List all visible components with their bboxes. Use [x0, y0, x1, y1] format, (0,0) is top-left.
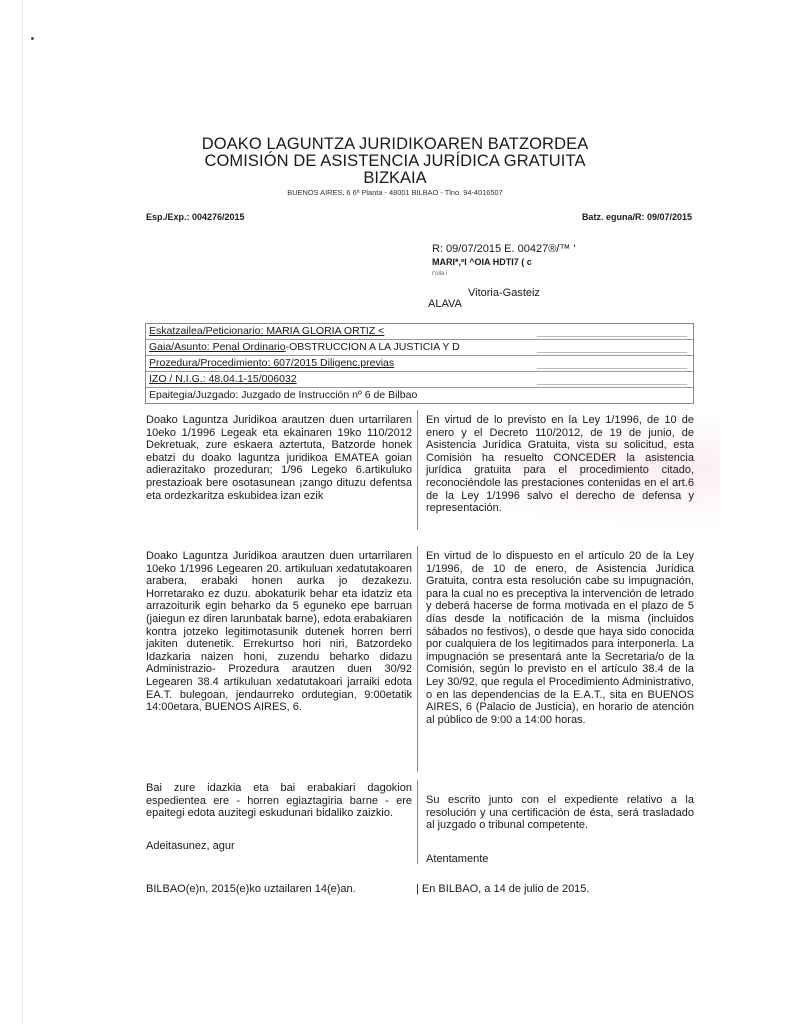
paragraph-2-basque: Doako Laguntza Juridikoa arautzen duen u…	[146, 550, 412, 714]
paragraph-3-spanish: Su escrito junto con el expediente relat…	[426, 794, 694, 832]
paragraph-1-basque: Doako Laguntza Juridikoa arautzen duen u…	[146, 414, 412, 502]
closing-spanish: Atentamente	[426, 853, 488, 865]
fill-line	[537, 336, 687, 337]
paragraph-1-spanish: En virtud de lo previsto en la Ley 1/199…	[426, 414, 694, 515]
column-divider	[417, 410, 418, 530]
region-title: BIZKAIA	[0, 169, 790, 188]
fill-line	[537, 352, 687, 353]
fill-line	[537, 368, 687, 369]
info-row-procedure: Prozedura/Procedimiento: 607/2015 Dilige…	[146, 356, 693, 372]
date-spanish: | En BILBAO, a 14 de julio de 2015.	[416, 883, 589, 895]
info-value: Juzgado de Instrucción nº 6 de Bilbao	[238, 389, 417, 401]
closing-basque: Adeitasunez, agur	[146, 840, 235, 852]
fill-line	[537, 384, 687, 385]
info-label: Epaitegia/Juzgado:	[149, 389, 238, 401]
info-row-petitioner: Eskatzailea/Peticionario: MARIA GLORIA O…	[146, 324, 693, 340]
expedient-number: Esp./Exp.: 004276/2015	[146, 212, 245, 222]
info-value: -OBSTRUCCION A LA JUSTICIA Y D	[286, 341, 460, 353]
paragraph-3-basque: Bai zure idazkia eta bai erabakiari dago…	[146, 782, 412, 820]
paragraph-2-spanish: En virtud de lo dispuesto en el artículo…	[426, 550, 694, 726]
column-divider	[417, 546, 418, 772]
info-row-subject: Gaia/Asunto: Penal Ordinario-OBSTRUCCION…	[146, 340, 693, 356]
resolution-date: Batz. eguna/R: 09/07/2015	[530, 212, 692, 222]
info-label: IZO / N.I.G.: 48.04.1-15/006032	[149, 373, 297, 385]
info-label: Gaia/Asunto: Penal Ordinario	[149, 341, 286, 353]
date-basque: BILBAO(e)n, 2015(e)ko uztailaren 14(e)an…	[146, 883, 356, 895]
address-line: BUENOS AIRES, 6 6ª Planta - 48001 BILBAO…	[0, 188, 790, 197]
case-info-table: Eskatzailea/Peticionario: MARIA GLORIA O…	[145, 323, 694, 404]
column-divider	[417, 780, 418, 864]
recipient-name: MARI*,ºI ^OIA HDTI7 ( c	[432, 256, 576, 269]
scan-speck	[31, 37, 34, 40]
info-label: Prozedura/Procedimiento: 607/2015 Dilige…	[149, 357, 394, 369]
info-row-court: Epaitegia/Juzgado: Juzgado de Instrucció…	[146, 388, 693, 403]
info-label: Eskatzailea/Peticionario:	[149, 325, 263, 337]
recipient-reference: R: 09/07/2015 E. 00427®/™ '	[432, 243, 576, 256]
info-row-nig: IZO / N.I.G.: 48.04.1-15/006032	[146, 372, 693, 388]
info-value: MARIA GLORIA ORTIZ <	[263, 325, 384, 337]
recipient-street: r'oila i	[432, 269, 576, 279]
recipient-block: R: 09/07/2015 E. 00427®/™ ' MARI*,ºI ^OI…	[432, 243, 576, 311]
